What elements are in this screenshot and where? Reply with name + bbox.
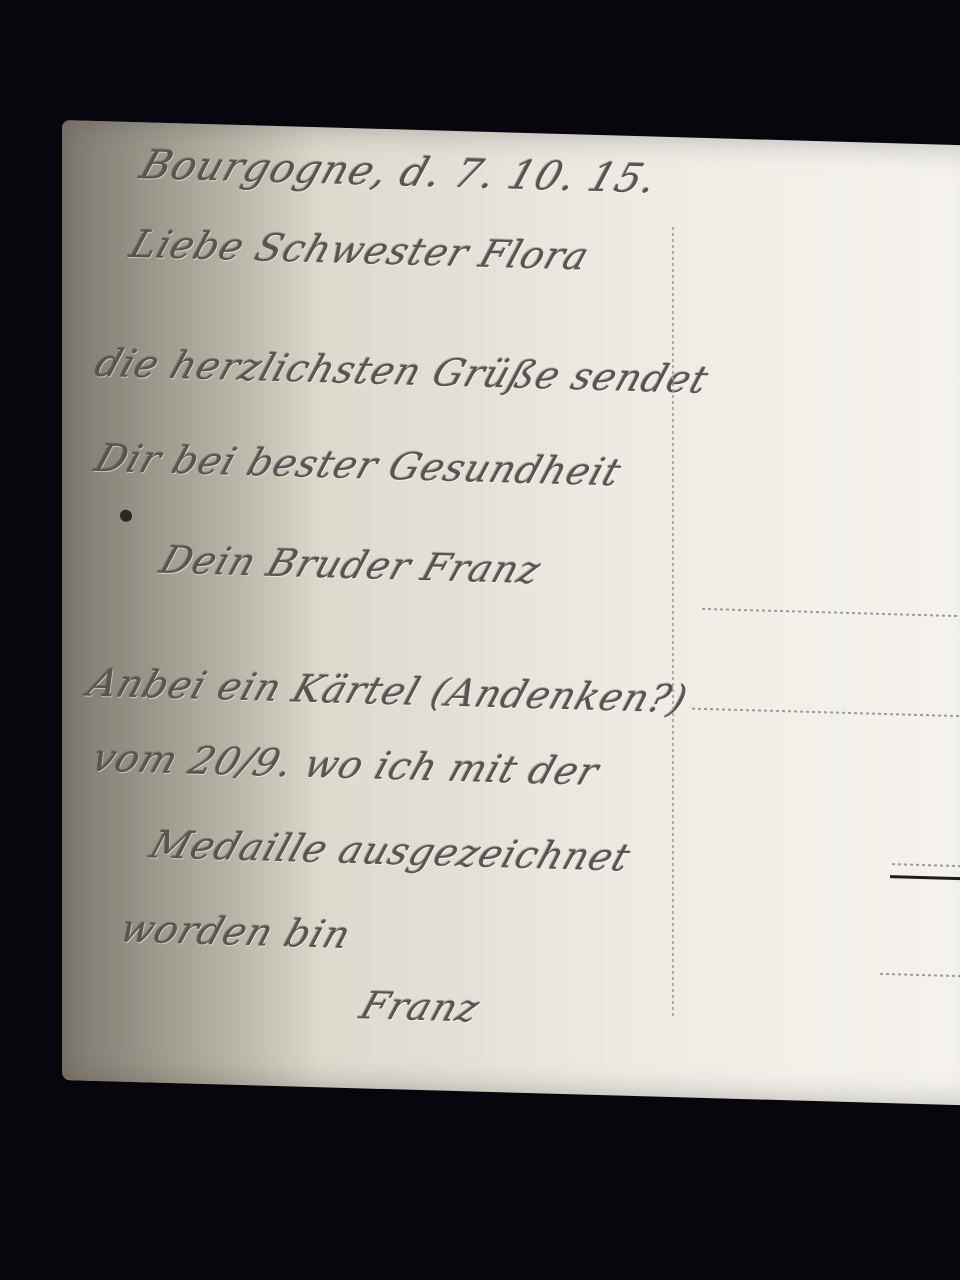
handwritten-line-7: vom 20/9. wo ich mit der	[87, 736, 605, 794]
handwritten-line-6: Anbei ein Kärtel (Andenken?)	[83, 661, 694, 721]
handwritten-line-4: Dir bei bester Gesundheit	[90, 436, 628, 494]
handwritten-line-3: die herzlichsten Grüße sendet	[90, 341, 715, 402]
center-divider-line	[672, 227, 674, 1017]
punch-hole	[120, 510, 132, 522]
postcard: Bourgogne, d. 7. 10. 15. Liebe Schwester…	[62, 120, 960, 1106]
handwritten-line-date: Bourgogne, d. 7. 10. 15.	[135, 142, 664, 202]
handwritten-line-5: Dein Bruder Franz	[155, 538, 547, 592]
address-line-3	[892, 863, 960, 868]
address-underline	[890, 875, 960, 881]
handwritten-line-9: worden bin	[115, 907, 357, 957]
signature: Franz	[355, 984, 486, 1031]
handwritten-line-salutation: Liebe Schwester Flora	[125, 222, 596, 278]
handwritten-line-8: Medaille ausgezeichnet	[145, 823, 637, 880]
address-line-4	[880, 973, 960, 978]
address-line-2	[692, 708, 960, 718]
address-line-1	[702, 608, 960, 618]
